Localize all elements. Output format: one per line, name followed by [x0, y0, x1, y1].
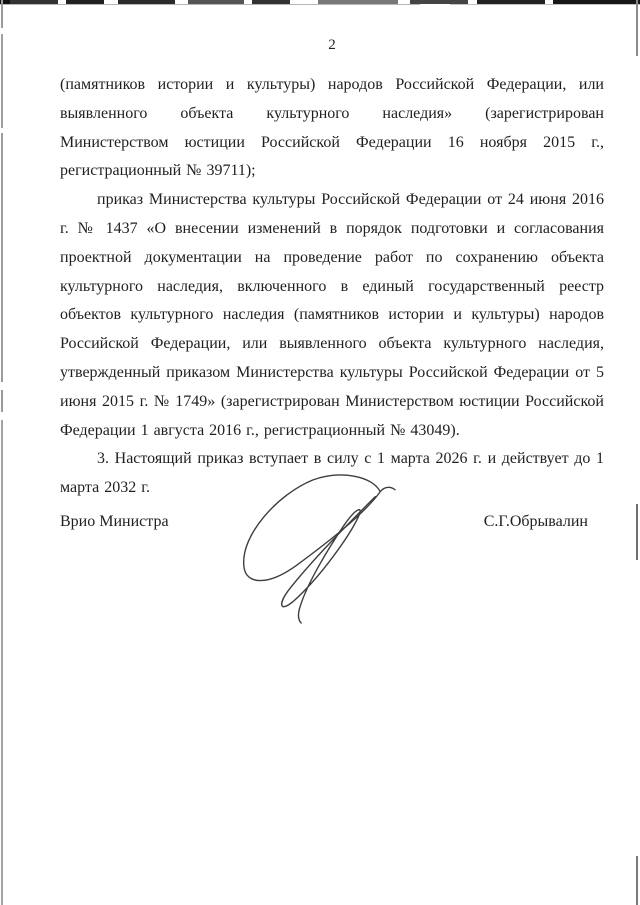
text-column: 2 (памятников истории и культуры) народо…	[60, 0, 604, 503]
scan-artifact-right-edge	[636, 0, 638, 905]
handwritten-signature-icon	[233, 470, 403, 628]
paragraph-order-1437: приказ Министерства культуры Российской …	[60, 186, 604, 445]
page-number: 2	[60, 36, 604, 55]
document-page: 2 (памятников истории и культуры) народо…	[0, 0, 640, 905]
signer-position-title: Врио Министра	[60, 512, 169, 532]
paragraph-registration-39711: (памятников истории и культуры) народов …	[60, 71, 604, 186]
signer-name: С.Г.Обрывалин	[484, 512, 588, 532]
document-body: (памятников истории и культуры) народов …	[60, 71, 604, 503]
scan-artifact-left-edge	[1, 0, 3, 905]
